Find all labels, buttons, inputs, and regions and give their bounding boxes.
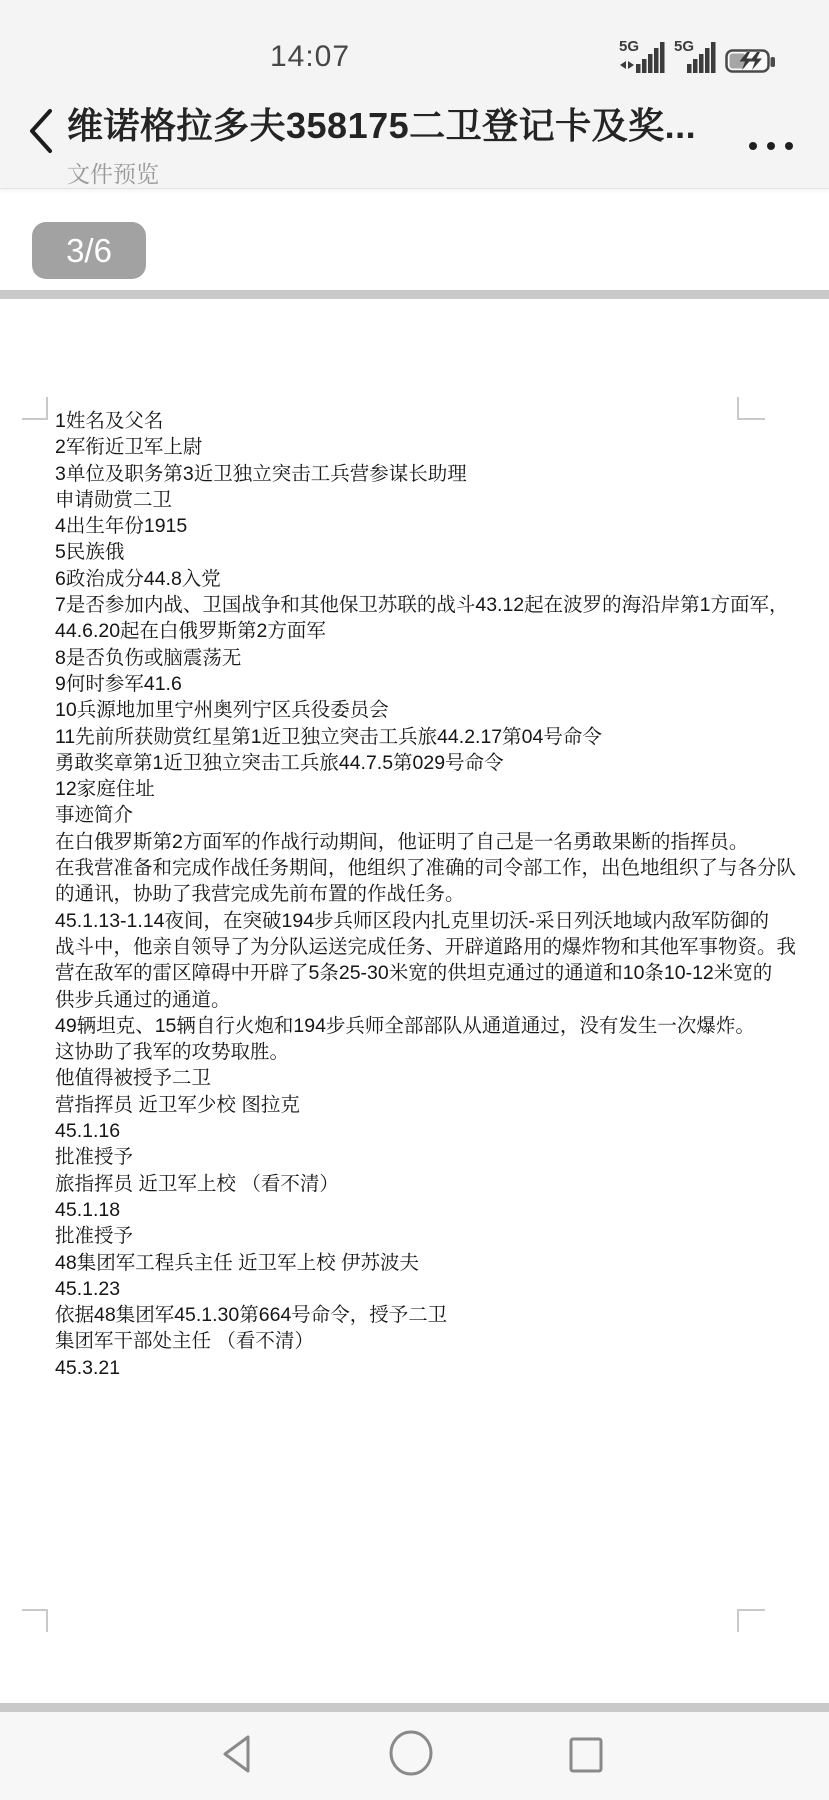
more-dots-icon [767, 142, 775, 150]
document-line: 战斗中，他亲自领导了为分队运送完成任务、开辟道路用的爆炸物和其他军事物资。我 [55, 934, 785, 960]
svg-text:5G: 5G [619, 38, 639, 55]
nav-back-button[interactable] [219, 1734, 255, 1779]
document-line: 11先前所获勋赏红星第1近卫独立突击工兵旅44.2.17第04号命令 [55, 724, 785, 750]
back-button[interactable] [22, 106, 60, 156]
nav-home-button[interactable] [388, 1730, 434, 1781]
document-line: 营指挥员 近卫军少校 图拉克 [55, 1092, 785, 1118]
document-preview-area[interactable]: 3/6 1姓名及父名2军衔近卫军上尉3单位及职务第3近卫独立突击工兵营参谋长助理… [0, 189, 829, 1712]
page-gap-divider [0, 290, 829, 299]
home-circle-icon [388, 1730, 434, 1776]
document-line: 8是否负伤或脑震荡无 [55, 645, 785, 671]
document-line: 49辆坦克、15辆自行火炮和194步兵师全部部队从通道通过，没有发生一次爆炸。 [55, 1013, 785, 1039]
document-line: 45.1.16 [55, 1118, 785, 1144]
document-line: 48集团军工程兵主任 近卫军上校 伊苏波夫 [55, 1250, 785, 1276]
margin-corner-mark [737, 1609, 765, 1632]
document-line: 批准授予 [55, 1144, 785, 1170]
battery-charging-icon [725, 48, 777, 76]
app-chrome: 14:07 5G 5G [0, 0, 829, 189]
page-indicator-badge: 3/6 [32, 222, 146, 279]
document-line: 营在敌军的雷区障碍中开辟了5条25-30米宽的供坦克通过的通道和10条10-12… [55, 960, 785, 986]
document-line: 在白俄罗斯第2方面军的作战行动期间，他证明了自己是一名勇敢果断的指挥员。 [55, 829, 785, 855]
margin-corner-mark [22, 397, 48, 420]
svg-text:5G: 5G [674, 38, 694, 55]
status-time: 14:07 [250, 40, 370, 74]
document-line: 在我营准备和完成作战任务期间，他组织了准确的司令部工作，出色地组织了与各分队 [55, 855, 785, 881]
document-line: 45.1.23 [55, 1276, 785, 1302]
chevron-left-icon [27, 108, 55, 154]
back-triangle-icon [219, 1734, 255, 1774]
document-line: 44.6.20起在白俄罗斯第2方面军 [55, 618, 785, 644]
android-nav-bar [0, 1712, 829, 1800]
document-line: 45.1.13-1.14夜间，在突破194步兵师区段内扎克里切沃-采日列沃地域内… [55, 908, 785, 934]
document-page[interactable]: 1姓名及父名2军衔近卫军上尉3单位及职务第3近卫独立突击工兵营参谋长助理申请勋赏… [0, 299, 829, 1703]
signal-5g-icon: 5G [674, 36, 716, 76]
status-icons: 5G 5G [619, 36, 777, 76]
more-dots-icon [785, 142, 793, 150]
margin-corner-mark [22, 1609, 48, 1632]
file-preview-label: 文件预览 [67, 156, 697, 189]
document-line: 依据48集团军45.1.30第664号命令，授予二卫 [55, 1302, 785, 1328]
file-title: 维诺格拉多夫358175二卫登记卡及奖... [67, 98, 697, 149]
document-line: 3单位及职务第3近卫独立突击工兵营参谋长助理 [55, 461, 785, 487]
document-line: 这协助了我军的攻势取胜。 [55, 1039, 785, 1065]
data-arrow-icon [620, 61, 626, 69]
document-line: 4出生年份1915 [55, 513, 785, 539]
document-line: 的通讯，协助了我营完成先前布置的作战任务。 [55, 881, 785, 907]
document-line: 6政治成分44.8入党 [55, 566, 785, 592]
document-line: 批准授予 [55, 1223, 785, 1249]
signal-5g-icon: 5G [619, 36, 665, 76]
document-line: 5民族俄 [55, 539, 785, 565]
document-line: 事迹简介 [55, 802, 785, 828]
more-options-button[interactable] [749, 130, 793, 162]
phone-screen: 14:07 5G 5G [0, 0, 829, 1800]
document-line: 7是否参加内战、卫国战争和其他保卫苏联的战斗43.12起在波罗的海沿岸第1方面军… [55, 592, 785, 618]
document-line: 10兵源地加里宁州奥列宁区兵役委员会 [55, 697, 785, 723]
document-line: 45.3.21 [55, 1355, 785, 1381]
page-gap-divider [0, 1703, 829, 1712]
document-line: 1姓名及父名 [55, 408, 785, 434]
document-line: 申请勋赏二卫 [55, 487, 785, 513]
document-line: 45.1.18 [55, 1197, 785, 1223]
data-arrow-icon [628, 61, 634, 69]
document-line: 9何时参军41.6 [55, 671, 785, 697]
header-titles: 维诺格拉多夫358175二卫登记卡及奖... 文件预览 [67, 98, 697, 189]
document-line: 2军衔近卫军上尉 [55, 434, 785, 460]
more-dots-icon [749, 142, 757, 150]
document-line: 12家庭住址 [55, 776, 785, 802]
document-line: 勇敢奖章第1近卫独立突击工兵旅44.7.5第029号命令 [55, 750, 785, 776]
document-line: 旅指挥员 近卫军上校 （看不清） [55, 1171, 785, 1197]
document-line: 集团军干部处主任 （看不清） [55, 1328, 785, 1354]
document-lines: 1姓名及父名2军衔近卫军上尉3单位及职务第3近卫独立突击工兵营参谋长助理申请勋赏… [55, 408, 785, 1381]
document-line: 他值得被授予二卫 [55, 1065, 785, 1091]
nav-recents-button[interactable] [569, 1737, 603, 1778]
document-line: 供步兵通过的通道。 [55, 987, 785, 1013]
recents-square-icon [569, 1737, 603, 1773]
